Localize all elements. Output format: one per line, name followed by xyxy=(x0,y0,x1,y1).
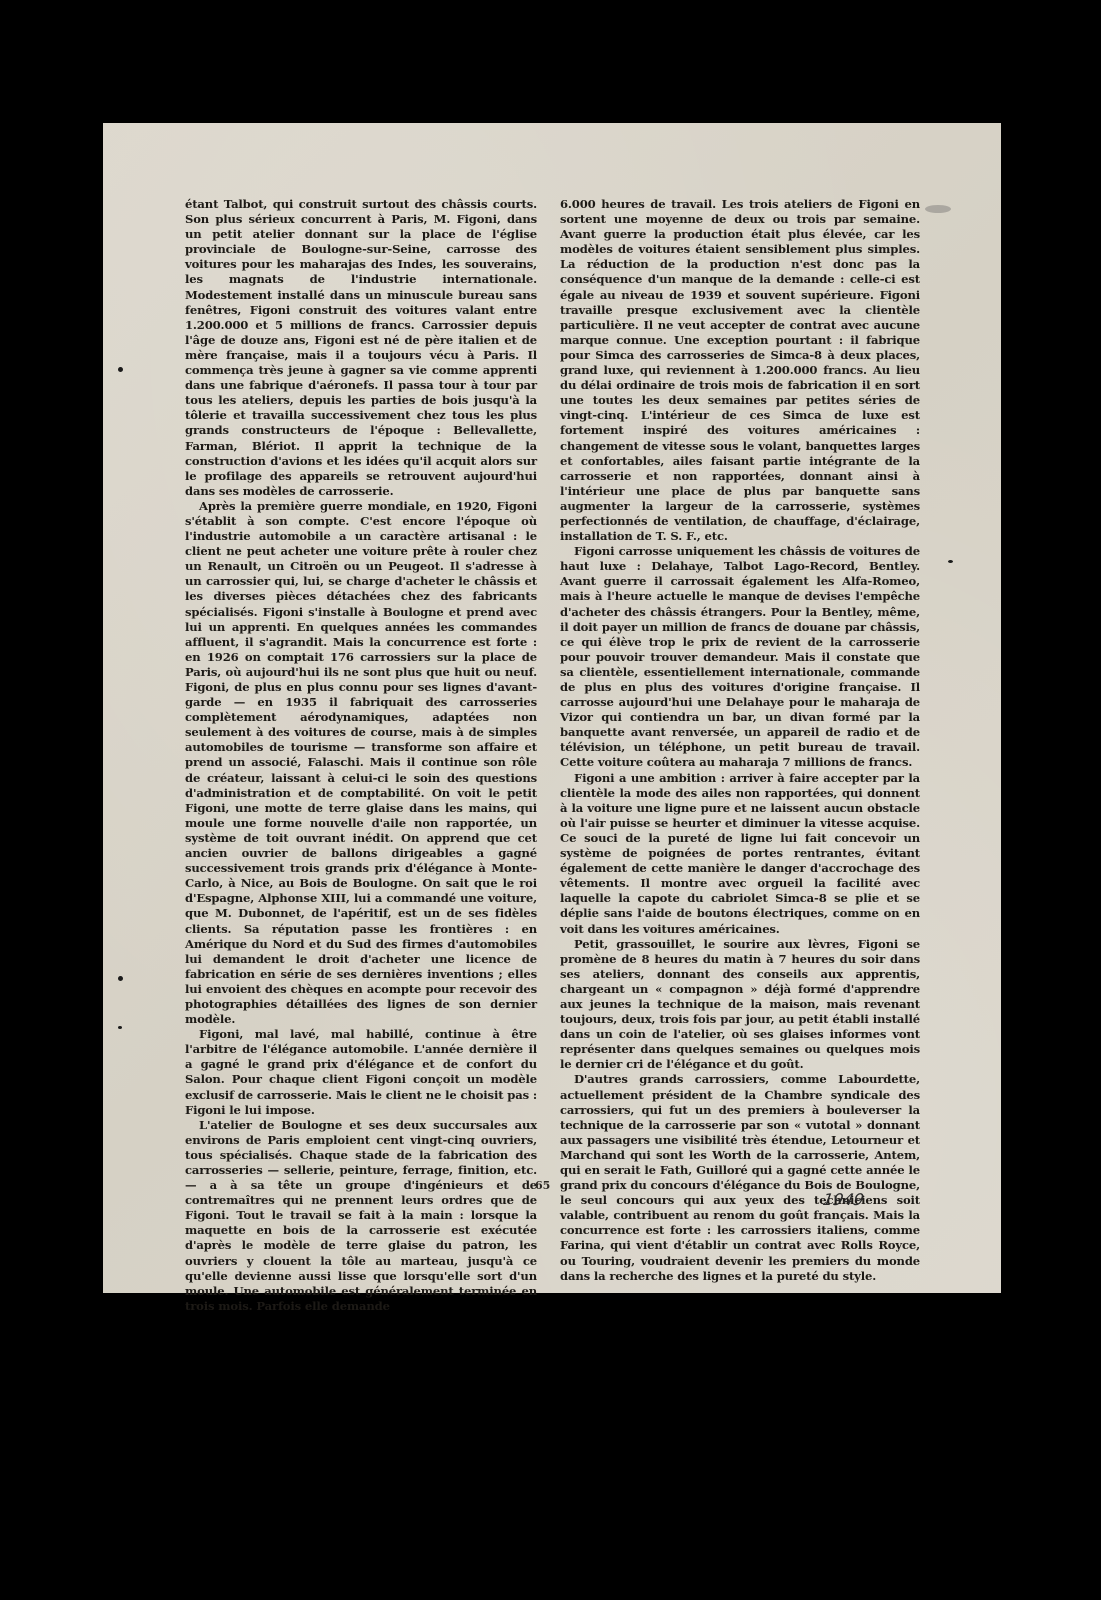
binding-hole-mark xyxy=(118,1026,122,1029)
ink-smudge xyxy=(925,205,951,213)
binding-hole-mark xyxy=(118,976,123,981)
paragraph: L'atelier de Boulogne et ses deux succur… xyxy=(185,1118,537,1314)
left-column: étant Talbot, qui construit surtout des … xyxy=(185,197,537,1314)
scanned-page: étant Talbot, qui construit surtout des … xyxy=(103,123,1001,1293)
binding-hole-mark xyxy=(118,367,123,372)
paragraph: étant Talbot, qui construit surtout des … xyxy=(185,197,537,499)
paragraph: Figoni carrosse uniquement les châssis d… xyxy=(560,544,920,770)
handwritten-year-note: 1949 xyxy=(821,1190,865,1209)
paragraph: Après la première guerre mondiale, en 19… xyxy=(185,499,537,1027)
paragraph: Petit, grassouillet, le sourire aux lèvr… xyxy=(560,937,920,1073)
paragraph: 6.000 heures de travail. Les trois ateli… xyxy=(560,197,920,544)
paragraph: Figoni a une ambition : arriver à faire … xyxy=(560,771,920,937)
paragraph: D'autres grands carrossiers, comme Labou… xyxy=(560,1072,920,1283)
paragraph: Figoni, mal lavé, mal habillé, continue … xyxy=(185,1027,537,1118)
page-number: 65 xyxy=(535,1179,550,1192)
paper-speck xyxy=(948,560,953,563)
right-column: 6.000 heures de travail. Les trois ateli… xyxy=(560,197,920,1284)
